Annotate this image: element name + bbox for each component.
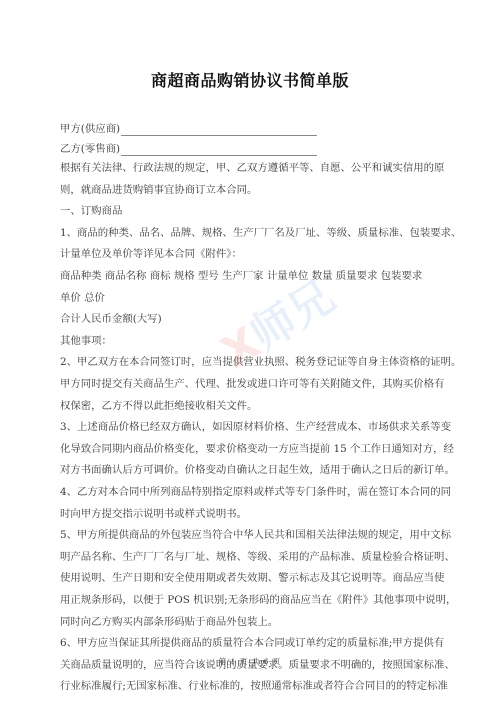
body-line: 甲方同时提交有关商品生产、代理、批发或进口许可等有关附随文件，其购买价格有 xyxy=(60,377,444,391)
party-a-blank xyxy=(121,124,317,136)
body-line: 计量单位及单价等详见本合同《附件》： xyxy=(60,247,242,261)
body-line: 3、上述商品价格已经双方确认，如因原材料价格、生产经营成本、市场供求关系等变 xyxy=(60,420,451,434)
body-line: 4、乙方对本合同中所列商品特别指定原料或样式等专门条件时，需在签订本合同的同 xyxy=(60,485,451,499)
party-b-label: 乙方(零售商) xyxy=(60,142,120,156)
body-line: 时向甲方提交指示说明书或样式说明书。 xyxy=(60,507,247,521)
body-line: 则，就商品进货购销事宜协商订立本合同。 xyxy=(60,183,257,197)
body-line: 其他事项： xyxy=(60,334,112,348)
body-line: 同时向乙方购买内部条形码贴于商品外包装上。 xyxy=(60,615,278,629)
document-title: 商超商品购销协议书简单版 xyxy=(0,68,500,91)
page-footer: 第 1 页 共 6 页 xyxy=(0,656,500,667)
party-a-label: 甲方(供应商) xyxy=(60,122,120,136)
body-line: 行业标准履行;无国家标准、行业标准的，按照通常标准或者符合合同目的的特定标准 xyxy=(60,679,448,693)
body-line: 1、商品的种类、品名、品牌、规格、生产厂厂名及厂址、等级、质量标准、包装要求、 xyxy=(60,226,461,240)
party-b-blank xyxy=(121,144,317,156)
body-line: 权保密，乙方不得以此拒绝接收相关文件。 xyxy=(60,399,257,413)
body-line: 合计人民币金额(大写) xyxy=(60,312,162,326)
body-line: 化导致合同期内商品价格变化，要求价格变动一方应当提前 15 个工作日通知对方，经 xyxy=(60,442,454,456)
body-line: 用正规条形码，以便于 POS 机识别;无条形码的商品应当在《附件》其他事项中说明… xyxy=(60,593,456,607)
document-page: 商超商品购销协议书简单版 甲方(供应商) 乙方(零售商) 根据有关法律、行政法规… xyxy=(0,0,500,706)
body-line: 商品种类 商品名称 商标 规格 型号 生产厂家 计量单位 数量 质量要求 包装要… xyxy=(60,269,422,283)
body-line: 单价 总价 xyxy=(60,291,105,305)
body-line: 根据有关法律、行政法规的规定，甲、乙双方遵循平等、自愿、公平和诚实信用的原 xyxy=(60,161,444,175)
body-line: 使用说明、生产日期和安全使用期或者失效期、警示标志及其它说明等。商品应当使 xyxy=(60,571,444,585)
body-line: 一、订购商品 xyxy=(60,204,122,218)
body-line: 明产品名称、生产厂厂名与厂址、规格、等级、采用的产品标准、质量检验合格证明、 xyxy=(60,550,455,564)
body-line: 对方书面确认后方可调价。价格变动自确认之日起生效，适用于确认之日后的新订单。 xyxy=(60,463,455,477)
body-line: 2、甲乙双方在本合同签订时，应当提供营业执照、税务登记证等自身主体资格的证明。 xyxy=(60,355,461,369)
body-line: 6、甲方应当保证其所提供商品的质量符合本合同或订单约定的质量标准;甲方提供有 xyxy=(60,636,444,650)
party-b-field: 乙方(零售商) xyxy=(60,142,317,156)
body-line: 5、甲方所提供商品的外包装应当符合中华人民共和国相关法律法规的规定，用中文标 xyxy=(60,528,451,542)
party-a-field: 甲方(供应商) xyxy=(60,122,317,136)
